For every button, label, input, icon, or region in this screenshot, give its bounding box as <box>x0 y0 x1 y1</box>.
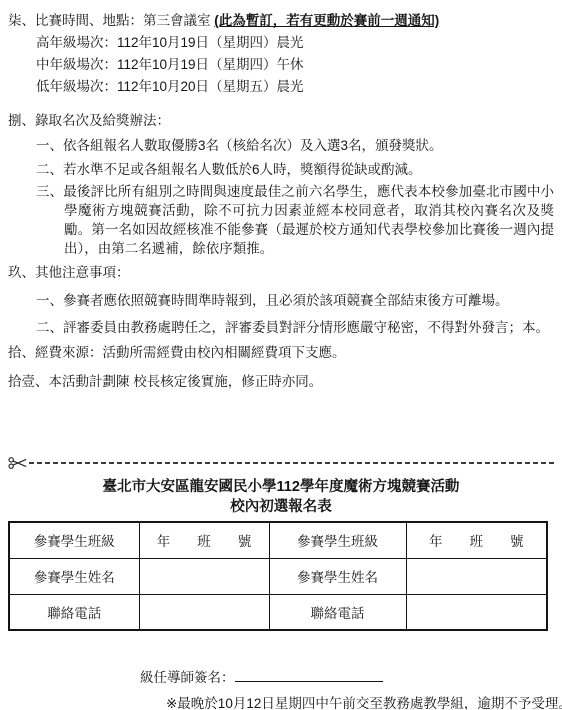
teacher-signature-row: 級任導師簽名： <box>140 667 554 688</box>
schedule-line-mid: 中年級場次：112年10月19日（星期四）午休 <box>36 54 554 76</box>
section-9-item-1: 一、參賽者應依照競賽時間準時報到，且必須於該項競賽全部結束後方可離場。 <box>36 290 554 311</box>
section-7-note: (此為暫訂，若有更動於賽前一週通知) <box>214 13 439 28</box>
label-student-class-left: 參賽學生班級 <box>9 522 139 558</box>
section-9-heading: 玖、其他注意事項： <box>8 262 554 284</box>
cut-line <box>8 455 554 471</box>
cut-dashed-line <box>29 462 554 464</box>
table-row: 聯絡電話 聯絡電話 <box>9 594 547 630</box>
section-11: 拾壹、本活動計劃陳 校長核定後實施，修正時亦同。 <box>8 371 554 393</box>
field-contact-phone-right <box>406 594 547 630</box>
label-contact-phone-right: 聯絡電話 <box>269 594 406 630</box>
section-9-item-2: 二、評審委員由教務處聘任之，評審委員對評分情形應嚴守秘密，不得對外發言；本。 <box>36 317 554 338</box>
label-year-class-number-right: 年 班 號 <box>406 522 547 558</box>
field-student-name-left <box>139 558 269 594</box>
section-7-label: 柒、比賽時間、地點：第三會議室 <box>8 13 214 28</box>
form-title-line2: 校內初選報名表 <box>8 497 554 517</box>
schedule-line-low: 低年級場次：112年10月20日（星期五）晨光 <box>36 76 554 98</box>
section-9-list: 一、參賽者應依照競賽時間準時報到，且必須於該項競賽全部結束後方可離場。 二、評審… <box>36 290 554 338</box>
section-10: 拾、經費來源：活動所需經費由校內相關經費項下支應。 <box>8 342 554 364</box>
section-8-item-1: 一、依各組報名人數取優勝3名（核給名次）及入選3名，頒發獎狀。 <box>36 135 554 156</box>
deadline-note: ※最晚於10月12日星期四中午前交至教務處教學組，逾期不予受理。 <box>166 694 554 710</box>
table-row: 參賽學生班級 年 班 號 參賽學生班級 年 班 號 <box>9 522 547 558</box>
field-contact-phone-left <box>139 594 269 630</box>
label-student-class-right: 參賽學生班級 <box>269 522 406 558</box>
document-page: 柒、比賽時間、地點：第三會議室 (此為暫訂，若有更動於賽前一週通知) 高年級場次… <box>0 0 562 710</box>
signature-blank-line <box>235 667 383 682</box>
table-row: 參賽學生姓名 參賽學生姓名 <box>9 558 547 594</box>
registration-table: 參賽學生班級 年 班 號 參賽學生班級 年 班 號 參賽學生姓名 參賽學生姓名 … <box>8 521 548 631</box>
section-8-heading: 捌、錄取名次及給獎辦法： <box>8 110 554 132</box>
label-student-name-right: 參賽學生姓名 <box>269 558 406 594</box>
label-contact-phone-left: 聯絡電話 <box>9 594 139 630</box>
label-year-class-number-left: 年 班 號 <box>139 522 269 558</box>
section-8-item-2: 二、若水準不足或各組報名人數低於6人時，獎額得從缺或酌減。 <box>36 159 554 180</box>
form-title-line1: 臺北市大安區龍安國民小學112學年度魔術方塊競賽活動 <box>8 477 554 497</box>
scissors-icon <box>8 456 27 470</box>
field-student-name-right <box>406 558 547 594</box>
section-8-item-3: 三、最後評比所有組別之時間與速度最佳之前六名學生，應代表本校參加臺北市國中小學魔… <box>36 182 554 258</box>
section-8-list: 一、依各組報名人數取優勝3名（核給名次）及入選3名，頒發獎狀。 二、若水準不足或… <box>36 135 554 258</box>
schedule-line-high: 高年級場次：112年10月19日（星期四）晨光 <box>36 32 554 54</box>
teacher-signature-label: 級任導師簽名： <box>140 670 235 685</box>
label-student-name-left: 參賽學生姓名 <box>9 558 139 594</box>
section-7-heading: 柒、比賽時間、地點：第三會議室 (此為暫訂，若有更動於賽前一週通知) <box>8 10 554 32</box>
